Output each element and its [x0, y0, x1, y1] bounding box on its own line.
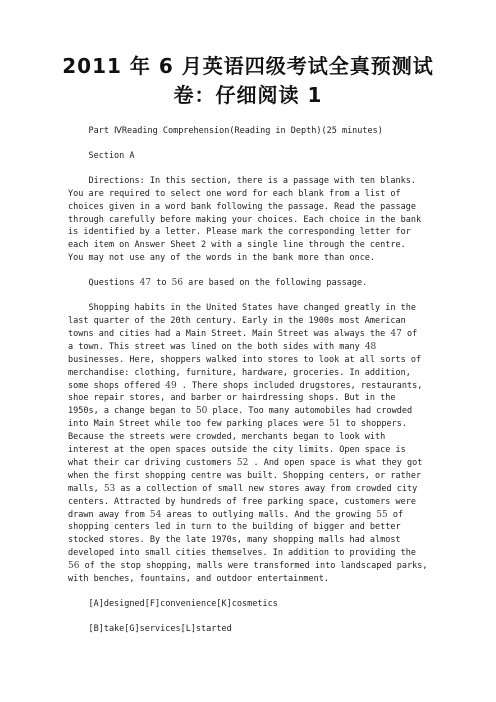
page-title-line-2: 卷：仔细阅读 1	[40, 81, 456, 110]
text-line: Part ⅣReading Comprehension(Reading in D…	[68, 125, 436, 138]
text-line: shopping centers led in turn to the buil…	[68, 521, 436, 534]
questions-note: Questions 47 to 56 are based on the foll…	[68, 277, 436, 290]
text-line: developed into small cities themselves. …	[68, 547, 436, 560]
text-line: a town. This street was lined on the bot…	[68, 341, 436, 354]
blank-number: 53	[104, 484, 115, 494]
blank-number: 47	[140, 278, 151, 288]
text-line: Shopping habits in the United States hav…	[68, 302, 436, 315]
text-line: Questions 47 to 56 are based on the foll…	[68, 277, 436, 290]
text-line: some shops offered 49 . There shops incl…	[68, 380, 436, 393]
text-line: businesses. Here, shoppers walked into s…	[68, 354, 436, 367]
text-line: 1950s, a change began to 50 place. Too m…	[68, 405, 436, 418]
blank-number: 51	[329, 419, 340, 429]
text-line: shoe repair stores, and barber or hairdr…	[68, 392, 436, 405]
text-line: what their car driving customers 52 . An…	[68, 457, 436, 470]
passage-paragraph: Shopping habits in the United States hav…	[68, 302, 436, 586]
text-line: stocked stores. By the late 1970s, many …	[68, 534, 436, 547]
text-line: choices given in a word bank following t…	[68, 201, 436, 214]
blank-number: 48	[365, 342, 376, 352]
section-label: Section A	[68, 150, 436, 163]
text-line: each item on Answer Sheet 2 with a singl…	[68, 239, 436, 252]
text-line: when the first shopping centre was built…	[68, 470, 436, 483]
page-title-line-1: 2011 年 6 月英语四级考试全真预测试	[40, 52, 456, 81]
text-line: interest at the open spaces outside the …	[68, 444, 436, 457]
text-line: with benches, fountains, and outdoor ent…	[68, 573, 436, 586]
text-line: Directions: In this section, there is a …	[68, 175, 436, 188]
blank-number: 56	[68, 561, 79, 571]
blank-number: 49	[165, 381, 176, 391]
text-line: You may not use any of the words in the …	[68, 252, 436, 265]
text-line: merchandise: clothing, furniture, hardwa…	[68, 367, 436, 380]
text-line: [A]designed[F]convenience[K]cosmetics	[68, 598, 436, 611]
text-line: Because the streets were crowded, mercha…	[68, 431, 436, 444]
directions-paragraph: Directions: In this section, there is a …	[68, 175, 436, 265]
part-heading: Part ⅣReading Comprehension(Reading in D…	[68, 125, 436, 138]
text-line: You are required to select one word for …	[68, 188, 436, 201]
blank-number: 55	[376, 510, 387, 520]
blank-number: 52	[237, 458, 248, 468]
text-line: Section A	[68, 150, 436, 163]
text-line: malls, 53 as a collection of small new s…	[68, 483, 436, 496]
document-body: Part ⅣReading Comprehension(Reading in D…	[68, 125, 436, 636]
word-bank-row: [A]designed[F]convenience[K]cosmetics	[68, 598, 436, 611]
document-page: 2011 年 6 月英语四级考试全真预测试 卷：仔细阅读 1 Part ⅣRea…	[0, 0, 496, 702]
text-line: into Main Street while too few parking p…	[68, 418, 436, 431]
word-bank-row: [B]take[G]services[L]started	[68, 623, 436, 636]
blank-number: 47	[390, 329, 401, 339]
text-line: centers. Attracted by hundreds of free p…	[68, 496, 436, 509]
page-title: 2011 年 6 月英语四级考试全真预测试 卷：仔细阅读 1	[0, 0, 496, 110]
text-line: is identified by a letter. Please mark t…	[68, 226, 436, 239]
text-line: 56 of the stop shopping, malls were tran…	[68, 560, 436, 573]
text-line: [B]take[G]services[L]started	[68, 623, 436, 636]
text-line: through carefully before making your cho…	[68, 214, 436, 227]
blank-number: 50	[196, 406, 207, 416]
text-line: drawn away from 54 areas to outlying mal…	[68, 509, 436, 522]
text-line: last quarter of the 20th century. Early …	[68, 315, 436, 328]
blank-number: 54	[150, 510, 161, 520]
text-line: towns and cities had a Main Street. Main…	[68, 328, 436, 341]
blank-number: 56	[172, 278, 183, 288]
